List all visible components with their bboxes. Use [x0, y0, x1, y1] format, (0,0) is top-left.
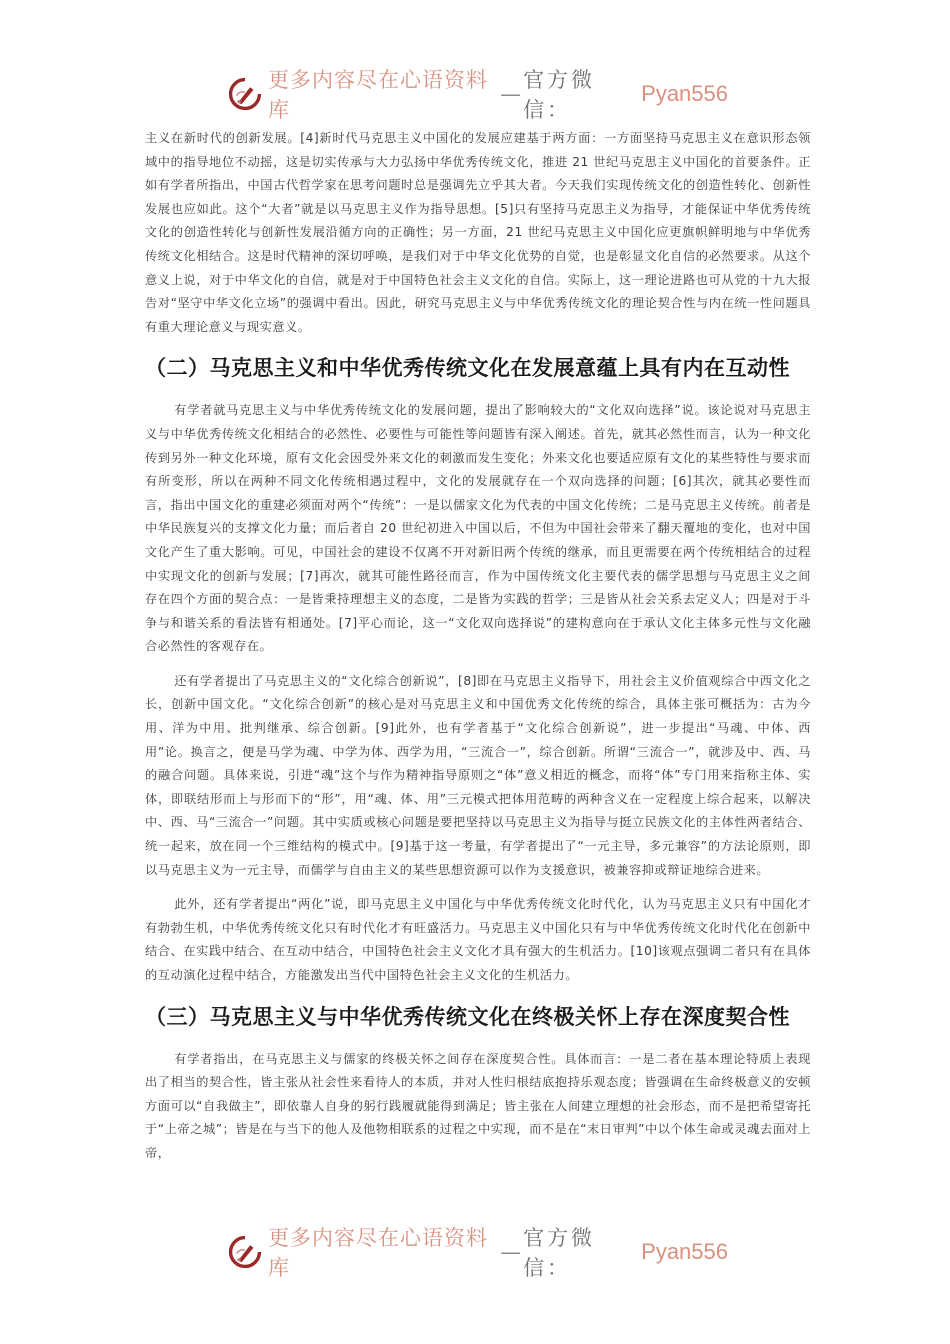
banner-brand-text: 更多内容尽在心语资料库 — [268, 1222, 498, 1282]
quill-pen-logo-icon — [228, 77, 262, 111]
banner-dash: — — [500, 1240, 521, 1264]
banner-wechat-id: Pyan556 — [641, 1239, 728, 1265]
document-body: 主义在新时代的创新发展。[4]新时代马克思主义中国化的发展应建基于两方面：一方面… — [145, 127, 811, 1166]
quill-pen-logo-icon — [228, 1235, 262, 1269]
banner-dash: — — [500, 82, 521, 106]
banner-label-text: 官方微信： — [523, 64, 637, 124]
intro-paragraph: 主义在新时代的创新发展。[4]新时代马克思主义中国化的发展应建基于两方面：一方面… — [145, 127, 811, 339]
section3-paragraph-1: 有学者指出，在马克思主义与儒家的终极关怀之间存在深度契合性。具体而言：一是二者在… — [145, 1048, 811, 1166]
section2-paragraph-1: 有学者就马克思主义与中华优秀传统文化的发展问题，提出了影响较大的“文化双向选择”… — [145, 399, 811, 659]
header-banner: 更多内容尽在心语资料库 — 官方微信： Pyan556 — [228, 74, 728, 114]
section2-paragraph-3: 此外，还有学者提出“两化”说，即马克思主义中国化与中华优秀传统文化时代化，认为马… — [145, 893, 811, 987]
section2-paragraph-2: 还有学者提出了马克思主义的“文化综合创新说”，[8]即在马克思主义指导下，用社会… — [145, 670, 811, 882]
section-heading-2: （二）马克思主义和中华优秀传统文化在发展意蕴上具有内在互动性 — [145, 353, 811, 383]
footer-banner: 更多内容尽在心语资料库 — 官方微信： Pyan556 — [228, 1232, 728, 1272]
banner-wechat-id: Pyan556 — [641, 81, 728, 107]
banner-label-text: 官方微信： — [523, 1222, 637, 1282]
banner-brand-text: 更多内容尽在心语资料库 — [268, 64, 498, 124]
section-heading-3: （三）马克思主义与中华优秀传统文化在终极关怀上存在深度契合性 — [145, 1002, 811, 1032]
